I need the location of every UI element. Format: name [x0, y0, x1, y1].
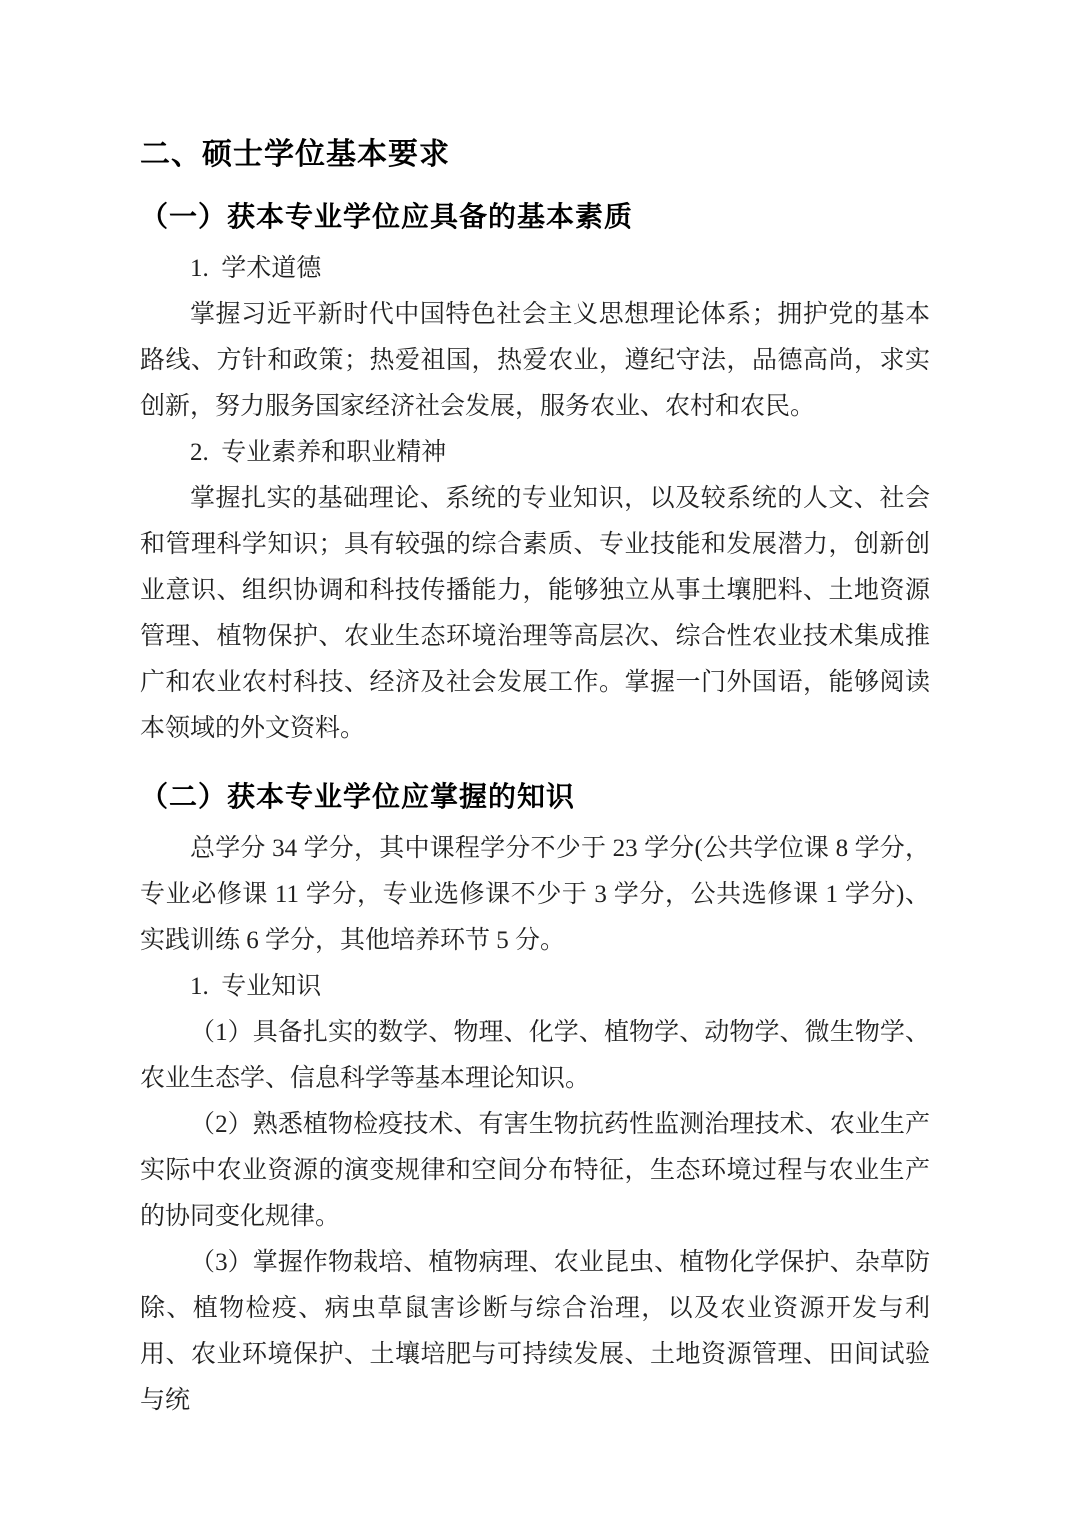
document-title: 二、硕士学位基本要求	[140, 136, 930, 174]
section-2-point-3-truncated: （3）掌握作物栽培、植物病理、农业昆虫、植物化学保护、杂草防除、植物检疫、病虫草…	[140, 1240, 930, 1424]
section-1-heading: （一）获本专业学位应具备的基本素质	[140, 200, 930, 234]
section-2-paragraph-credits: 总学分 34 学分，其中课程学分不少于 23 学分(公共学位课 8 学分，专业必…	[140, 826, 930, 964]
section-2-item-professional-knowledge: 1. 专业知识	[140, 964, 930, 1010]
section-1-item-academic-ethics: 1. 学术道德	[140, 246, 930, 292]
section-1-paragraph-academic-ethics: 掌握习近平新时代中国特色社会主义思想理论体系；拥护党的基本路线、方针和政策；热爱…	[140, 292, 930, 430]
section-1-paragraph-professional-quality: 掌握扎实的基础理论、系统的专业知识，以及较系统的人文、社会和管理科学知识；具有较…	[140, 476, 930, 752]
section-2-point-1: （1）具备扎实的数学、物理、化学、植物学、动物学、微生物学、农业生态学、信息科学…	[140, 1010, 930, 1102]
section-2-point-2: （2）熟悉植物检疫技术、有害生物抗药性监测治理技术、农业生产实际中农业资源的演变…	[140, 1102, 930, 1240]
section-2-heading: （二）获本专业学位应掌握的知识	[140, 780, 930, 814]
document-page: 二、硕士学位基本要求 （一）获本专业学位应具备的基本素质 1. 学术道德 掌握习…	[0, 0, 1074, 1520]
section-1-item-professional-quality: 2. 专业素养和职业精神	[140, 430, 930, 476]
